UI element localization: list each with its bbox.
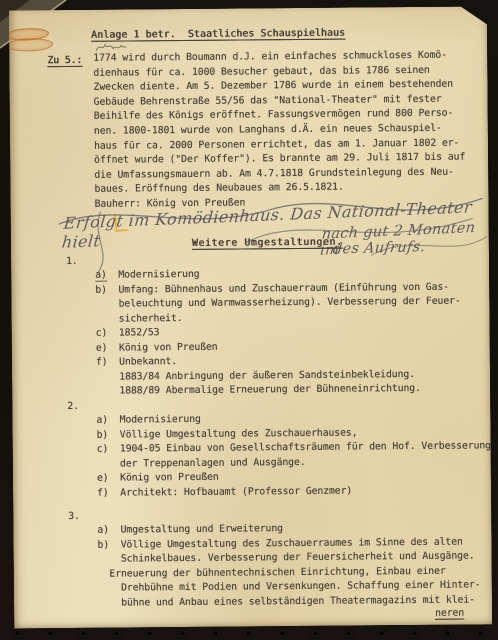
sprocket-hole	[279, 630, 286, 637]
section-1: a) Modernisierung b) Umfang: Bühnenhaus …	[95, 266, 461, 400]
rust-stain	[7, 38, 53, 52]
section-2: a) Modernisierung b) Völlige Umgestaltun…	[96, 410, 491, 500]
sprocket-hole	[378, 630, 385, 637]
sprocket-hole	[212, 630, 219, 637]
sprocket-hole	[444, 630, 451, 637]
label-underline	[95, 281, 107, 282]
sprocket-hole	[179, 630, 186, 637]
catchword: neren	[435, 607, 464, 622]
margin-note: Zu 5.:	[47, 54, 82, 69]
yellow-bracket-mark	[114, 213, 127, 232]
section-3: a) Umgestaltung und Erweiterung b) Völli…	[97, 520, 480, 610]
section-number: 1.	[66, 255, 78, 270]
typed-line: 1888/89 Abermalige Erneuerung der Bühnen…	[96, 382, 461, 400]
sprocket-hole	[345, 630, 352, 637]
sprocket-hole	[113, 630, 120, 637]
filmstrip-edge	[14, 629, 484, 637]
section-number: 3.	[68, 510, 80, 525]
handwritten-annotation: des Aufrufs.	[332, 239, 426, 257]
document-heading: Anlage 1 betr. Staatliches Schauspielhau…	[91, 27, 345, 44]
handwritten-annotation: nach gut 2 Monaten im	[319, 219, 490, 258]
section-number: 2.	[67, 400, 79, 415]
sprocket-hole	[411, 630, 418, 637]
sprocket-hole	[477, 630, 484, 637]
sprocket-hole	[146, 630, 153, 637]
photo-background: Anlage 1 betr. Staatliches Schauspielhau…	[0, 0, 498, 640]
typed-line: bühne und Anbau eines selbständigen Thea…	[98, 593, 481, 611]
sprocket-hole	[14, 630, 21, 637]
typed-line: Bauherr: König von Preußen	[94, 194, 465, 212]
typed-line: f) Architekt: Hofbauamt (Professor Genzm…	[97, 483, 491, 501]
sprocket-hole	[312, 630, 319, 637]
sprocket-hole	[80, 630, 87, 637]
document-page: Anlage 1 betr. Staatliches Schauspielhau…	[9, 6, 492, 628]
sprocket-hole	[47, 630, 54, 637]
intro-paragraph: 1774 wird durch Boumann d.J. ein einfach…	[93, 49, 465, 213]
sprocket-hole	[245, 630, 252, 637]
subheading: Weitere Umgestaltungen.	[192, 236, 343, 252]
